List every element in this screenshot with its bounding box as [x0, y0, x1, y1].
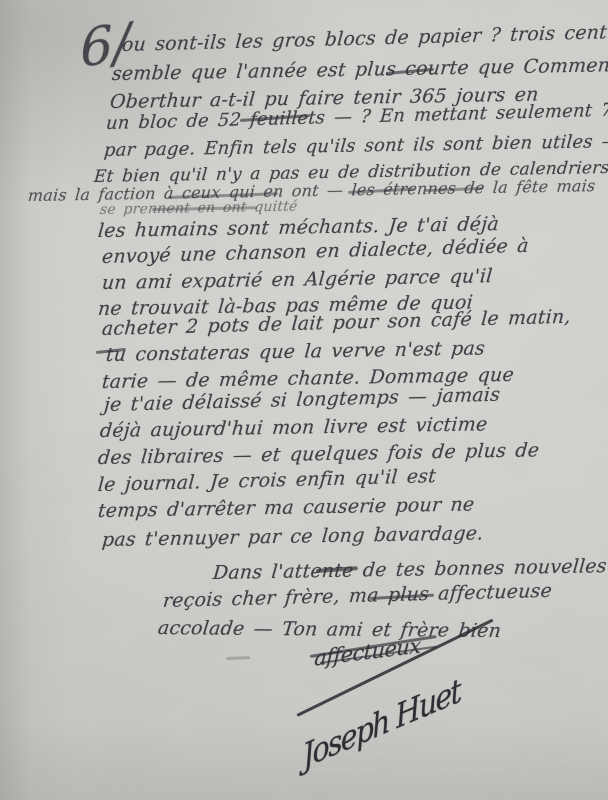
- letter-line: le journal. Je crois enfin qu'il est: [97, 465, 437, 496]
- letter-line: ou sont-ils les gros blocs de papier ? t…: [121, 20, 608, 56]
- letter-line: semble que l'année est plus courte que C…: [111, 54, 608, 85]
- letter-line: un ami expatrié en Algérie parce qu'il: [101, 265, 493, 294]
- letter-page: 6/ ou sont-ils les gros blocs de papier …: [0, 0, 608, 800]
- letter-line: pas t'ennuyer par ce long bavardage.: [101, 522, 484, 551]
- letter-line: par page. Enfin tels qu'ils sont ils son…: [103, 131, 608, 161]
- letter-line: reçois cher frère, ma plus affectueuse: [162, 580, 553, 612]
- signature: Joseph Huet: [301, 672, 462, 776]
- ink-strike: [226, 656, 250, 659]
- letter-line: temps d'arrêter ma causerie pour ne: [97, 493, 475, 522]
- letter-line: tu constateras que la verve n'est pas: [105, 337, 486, 366]
- letter-line: déjà aujourd'hui mon livre est victime: [99, 413, 488, 442]
- letter-line: des libraires — et quelques fois de plus…: [97, 439, 540, 469]
